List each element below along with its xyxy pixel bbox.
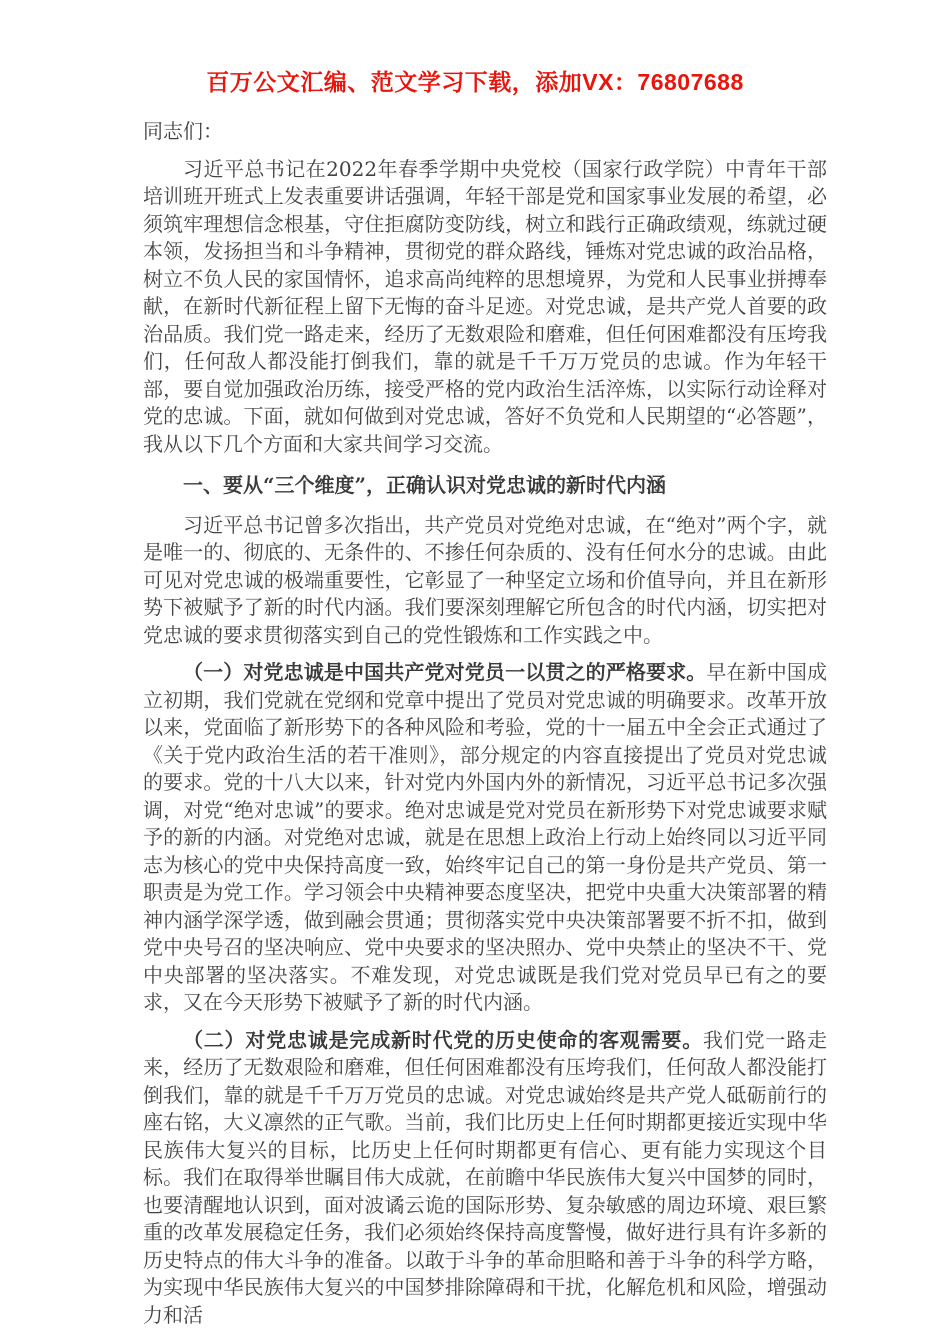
point-1-paragraph: （一）对党忠诚是中国共产党对党员一以贯之的严格要求。早在新中国成立初期，我们党就… [143,659,827,1017]
section-1-paragraph: 习近平总书记曾多次指出，共产党员对党绝对忠诚，在“绝对”两个字，就是唯一的、彻底… [143,512,827,650]
intro-paragraph: 习近平总书记在2022年春季学期中央党校（国家行政学院）中青年干部培训班开班式上… [143,156,827,459]
point-2-body: 我们党一路走来，经历了无数艰险和磨难，但任何困难都没有压垮我们，任何敌人都没能打… [143,1028,827,1327]
promo-banner: 百万公文汇编、范文学习下载，添加VX：76807688 [0,68,950,96]
salutation: 同志们： [143,118,827,146]
document-page: 百万公文汇编、范文学习下载，添加VX：76807688 同志们： 习近平总书记在… [0,0,950,1344]
section-1-heading: 一、要从“三个维度”，正确认识对党忠诚的新时代内涵 [143,472,827,500]
point-1-body: 早在新中国成立初期，我们党就在党纲和党章中提出了党员对党忠诚的明确要求。改革开放… [143,660,827,1014]
point-2-paragraph: （二）对党忠诚是完成新时代党的历史使命的客观需要。我们党一路走来，经历了无数艰险… [143,1027,827,1330]
point-2-lead: （二）对党忠诚是完成新时代党的历史使命的客观需要。 [183,1028,703,1052]
point-1-lead: （一）对党忠诚是中国共产党对党员一以贯之的严格要求。 [183,660,706,684]
document-body: 同志们： 习近平总书记在2022年春季学期中央党校（国家行政学院）中青年干部培训… [143,118,827,1339]
